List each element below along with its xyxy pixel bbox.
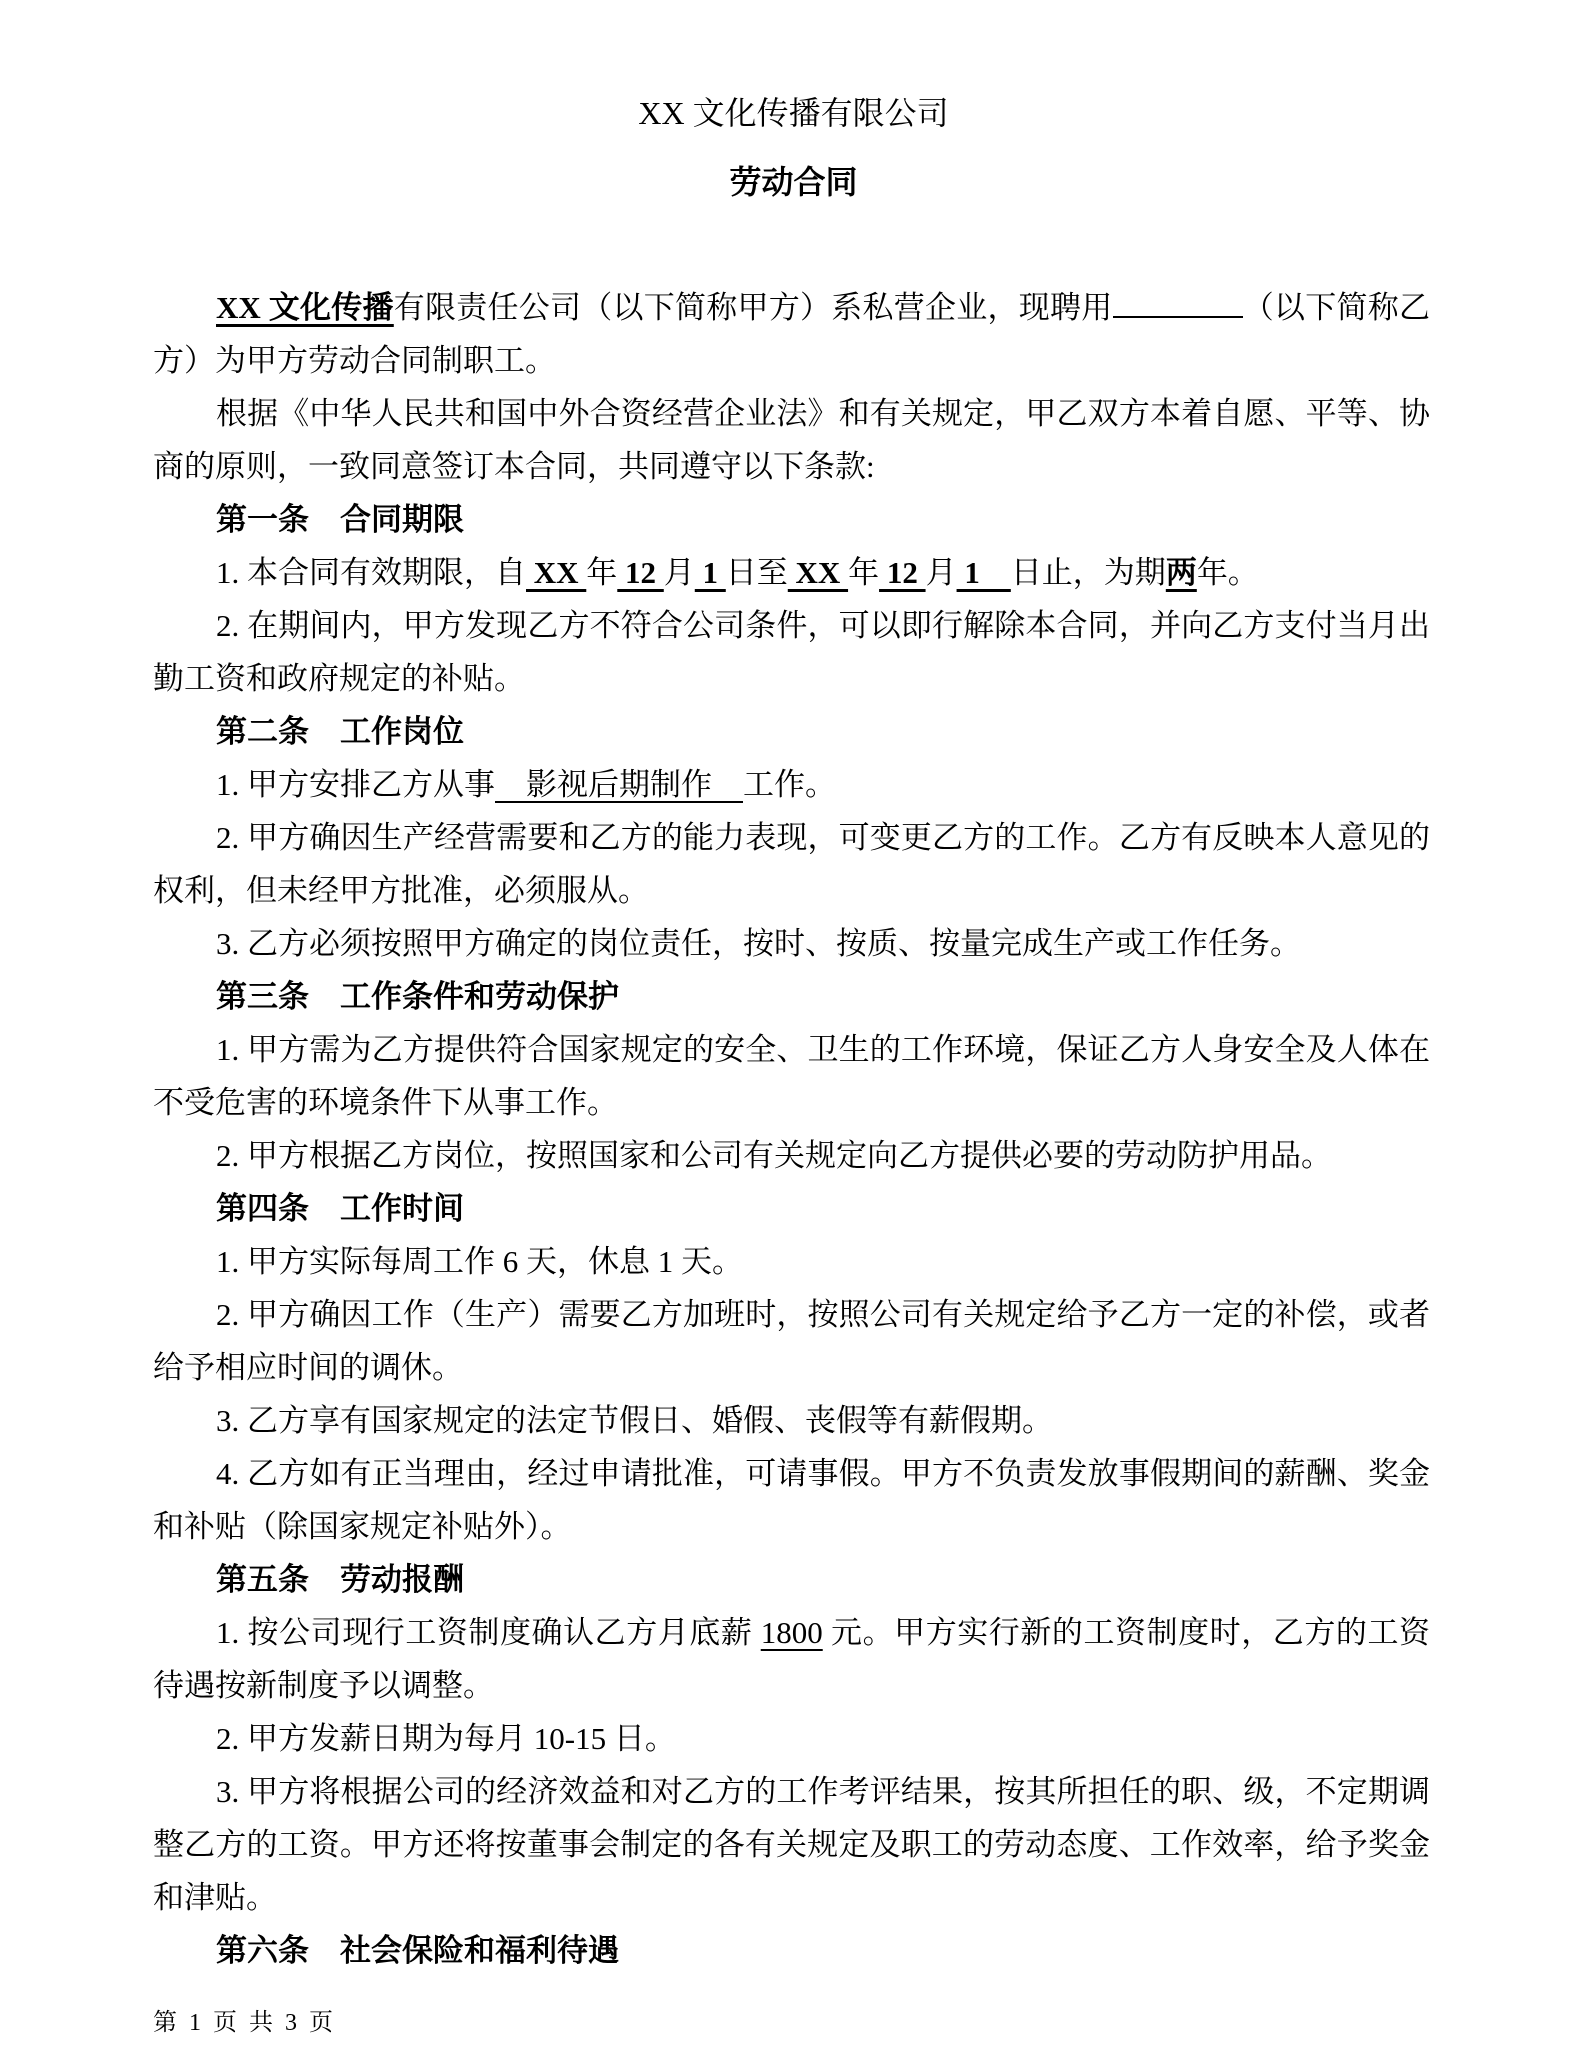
text-run: 工作。	[743, 767, 836, 802]
text-run: 年	[586, 555, 617, 590]
document-title: 劳动合同	[0, 162, 1587, 202]
paragraph: 2. 甲方确因工作（生产）需要乙方加班时，按照公司有关规定给予乙方一定的补偿，或…	[153, 1288, 1430, 1394]
paragraph: 1. 按公司现行工资制度确认乙方月底薪 1800 元。甲方实行新的工资制度时，乙…	[153, 1606, 1430, 1712]
paragraph: 1. 本合同有效期限，自 XX 年 12 月 1 日至 XX 年 12 月 1 …	[153, 546, 1430, 599]
text-run: 年。	[1197, 555, 1259, 590]
paragraph: 3. 乙方享有国家规定的法定节假日、婚假、丧假等有薪假期。	[153, 1394, 1430, 1447]
text-run: 1. 甲方需为乙方提供符合国家规定的安全、卫生的工作环境，保证乙方人身安全及人体…	[153, 1032, 1430, 1120]
document-page: XX 文化传播有限公司 劳动合同 XX 文化传播有限责任公司（以下简称甲方）系私…	[0, 0, 1587, 2056]
page-number: 第 1 页 共 3 页	[153, 2006, 336, 2040]
text-run: 月	[664, 555, 695, 590]
article-heading: 第六条 社会保险和福利待遇	[153, 1924, 1430, 1977]
article-heading: 第五条 劳动报酬	[153, 1553, 1430, 1606]
text-run: 第四条 工作时间	[216, 1191, 464, 1226]
text-run: 年	[848, 555, 879, 590]
text-run: 2. 甲方确因生产经营需要和乙方的能力表现，可变更乙方的工作。乙方有反映本人意见…	[153, 820, 1430, 908]
text-run: 第一条 合同期限	[216, 502, 464, 537]
text-run: 第五条 劳动报酬	[216, 1562, 464, 1597]
text-run: 1	[957, 555, 1011, 590]
fill-in-blank	[1113, 288, 1243, 318]
text-run: 日至	[726, 555, 788, 590]
text-run: 2. 在期间内，甲方发现乙方不符合公司条件，可以即行解除本合同，并向乙方支付当月…	[153, 608, 1430, 696]
text-run: 影视后期制作	[495, 767, 743, 802]
text-run: 1. 甲方实际每周工作 6 天，休息 1 天。	[216, 1244, 743, 1279]
paragraph: 1. 甲方需为乙方提供符合国家规定的安全、卫生的工作环境，保证乙方人身安全及人体…	[153, 1023, 1430, 1129]
paragraph: 3. 乙方必须按照甲方确定的岗位责任，按时、按质、按量完成生产或工作任务。	[153, 917, 1430, 970]
text-run: XX	[526, 555, 586, 590]
paragraph: 2. 甲方根据乙方岗位，按照国家和公司有关规定向乙方提供必要的劳动防护用品。	[153, 1129, 1430, 1182]
text-run: 第六条 社会保险和福利待遇	[216, 1933, 619, 1968]
text-run: XX	[788, 555, 848, 590]
text-run: 1800	[761, 1615, 823, 1650]
text-run: 根据《中华人民共和国中外合资经营企业法》和有关规定，甲乙双方本着自愿、平等、协商…	[153, 396, 1430, 484]
text-run: 月	[926, 555, 957, 590]
article-heading: 第一条 合同期限	[153, 493, 1430, 546]
text-run: 第二条 工作岗位	[216, 714, 464, 749]
company-title: XX 文化传播有限公司	[0, 93, 1587, 133]
paragraph: 2. 在期间内，甲方发现乙方不符合公司条件，可以即行解除本合同，并向乙方支付当月…	[153, 599, 1430, 705]
paragraph: 3. 甲方将根据公司的经济效益和对乙方的工作考评结果，按其所担任的职、级，不定期…	[153, 1765, 1430, 1924]
article-heading: 第三条 工作条件和劳动保护	[153, 970, 1430, 1023]
text-run: 有限责任公司（以下简称甲方）系私营企业，现聘用	[394, 290, 1113, 325]
paragraph: 2. 甲方发薪日期为每月 10-15 日。	[153, 1712, 1430, 1765]
article-heading: 第二条 工作岗位	[153, 705, 1430, 758]
text-run: 12	[879, 555, 926, 590]
text-run: 第三条 工作条件和劳动保护	[216, 979, 619, 1014]
text-run: 3. 乙方享有国家规定的法定节假日、婚假、丧假等有薪假期。	[216, 1403, 1053, 1438]
text-run: 12	[617, 555, 664, 590]
text-run: 3. 甲方将根据公司的经济效益和对乙方的工作考评结果，按其所担任的职、级，不定期…	[153, 1774, 1430, 1915]
article-heading: 第四条 工作时间	[153, 1182, 1430, 1235]
text-run: 2. 甲方发薪日期为每月 10-15 日。	[216, 1721, 676, 1756]
text-run: 2. 甲方根据乙方岗位，按照国家和公司有关规定向乙方提供必要的劳动防护用品。	[216, 1138, 1332, 1173]
paragraph: 1. 甲方实际每周工作 6 天，休息 1 天。	[153, 1235, 1430, 1288]
contract-body: XX 文化传播有限责任公司（以下简称甲方）系私营企业，现聘用（以下简称乙方）为甲…	[153, 281, 1430, 1977]
text-run: 4. 乙方如有正当理由，经过申请批准，可请事假。甲方不负责发放事假期间的薪酬、奖…	[153, 1456, 1430, 1544]
text-run: XX 文化传播	[216, 290, 394, 325]
text-run: 两	[1166, 555, 1197, 590]
paragraph: 2. 甲方确因生产经营需要和乙方的能力表现，可变更乙方的工作。乙方有反映本人意见…	[153, 811, 1430, 917]
text-run: 1. 按公司现行工资制度确认乙方月底薪	[216, 1615, 761, 1650]
text-run: 1	[695, 555, 726, 590]
paragraph: XX 文化传播有限责任公司（以下简称甲方）系私营企业，现聘用（以下简称乙方）为甲…	[153, 281, 1430, 387]
text-run: 2. 甲方确因工作（生产）需要乙方加班时，按照公司有关规定给予乙方一定的补偿，或…	[153, 1297, 1430, 1385]
text-run: 1. 甲方安排乙方从事	[216, 767, 495, 802]
text-run: 3. 乙方必须按照甲方确定的岗位责任，按时、按质、按量完成生产或工作任务。	[216, 926, 1301, 961]
paragraph: 4. 乙方如有正当理由，经过申请批准，可请事假。甲方不负责发放事假期间的薪酬、奖…	[153, 1447, 1430, 1553]
paragraph: 1. 甲方安排乙方从事 影视后期制作 工作。	[153, 758, 1430, 811]
text-run: 日止，为期	[1011, 555, 1166, 590]
paragraph: 根据《中华人民共和国中外合资经营企业法》和有关规定，甲乙双方本着自愿、平等、协商…	[153, 387, 1430, 493]
text-run: 1. 本合同有效期限，自	[216, 555, 526, 590]
